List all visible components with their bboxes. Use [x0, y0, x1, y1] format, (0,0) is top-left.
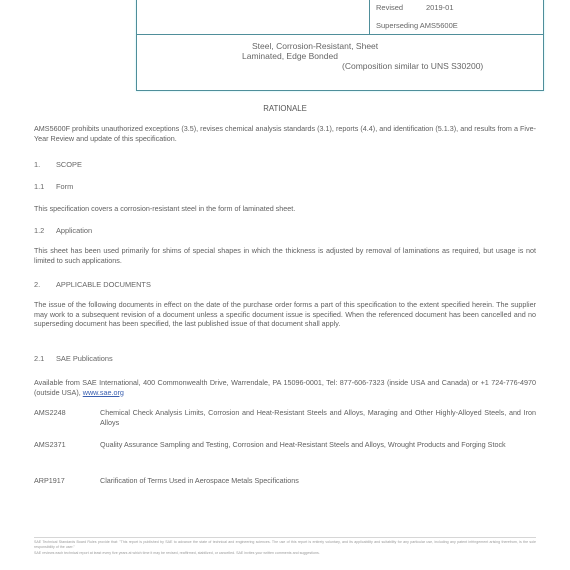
section-applicable-documents-heading: 2.APPLICABLE DOCUMENTS — [34, 280, 151, 289]
section-title: SAE Publications — [56, 354, 113, 363]
section-sae-publications-heading: 2.1SAE Publications — [34, 354, 113, 363]
section-title: APPLICABLE DOCUMENTS — [56, 280, 151, 289]
title-line-2: Laminated, Edge Bonded — [242, 51, 338, 62]
footer-text-1: SAE Technical Standards Board Rules prov… — [34, 540, 536, 550]
section-number: 2. — [34, 280, 56, 289]
header-top-section: Revised2019-01 Superseding AMS5600E — [137, 0, 543, 35]
superseding-label: Superseding — [376, 21, 418, 30]
revised-row: Revised2019-01 — [376, 3, 454, 12]
section-number: 1. — [34, 160, 56, 169]
rationale-heading: RATIONALE — [0, 104, 570, 113]
document-header-box: Revised2019-01 Superseding AMS5600E Stee… — [136, 0, 544, 91]
sae-publications-text: Available from SAE International, 400 Co… — [34, 378, 536, 397]
revised-label: Revised — [376, 3, 426, 12]
section-application-heading: 1.2Application — [34, 226, 92, 235]
reference-id: AMS2248 — [34, 408, 94, 418]
section-title: SCOPE — [56, 160, 82, 169]
superseding-value: AMS5600E — [420, 21, 458, 30]
section-title: Application — [56, 226, 92, 235]
reference-id: ARP1917 — [34, 476, 94, 486]
reference-description: Clarification of Terms Used in Aerospace… — [100, 476, 536, 486]
revised-value: 2019-01 — [426, 3, 454, 12]
section-scope-heading: 1.SCOPE — [34, 160, 82, 169]
title-line-1: Steel, Corrosion-Resistant, Sheet — [252, 41, 378, 52]
form-text: This specification covers a corrosion-re… — [34, 204, 536, 214]
reference-description: Quality Assurance Sampling and Testing, … — [100, 440, 536, 450]
title-line-3: (Composition similar to UNS S30200) — [342, 61, 483, 72]
section-form-heading: 1.1Form — [34, 182, 73, 191]
footer-text-2: SAE reviews each technical report at lea… — [34, 551, 536, 556]
section-title: Form — [56, 182, 73, 191]
revision-info: Revised2019-01 Superseding AMS5600E — [369, 0, 544, 34]
sae-website-link[interactable]: www.sae.org — [83, 388, 124, 397]
footer-divider — [34, 537, 536, 538]
section-number: 1.1 — [34, 182, 56, 191]
section-number: 1.2 — [34, 226, 56, 235]
section-number: 2.1 — [34, 354, 56, 363]
reference-id: AMS2371 — [34, 440, 94, 450]
applicable-documents-text: The issue of the following documents in … — [34, 300, 536, 329]
reference-description: Chemical Check Analysis Limits, Corrosio… — [100, 408, 536, 427]
rationale-text: AMS5600F prohibits unauthorized exceptio… — [34, 124, 536, 143]
superseding-row: Superseding AMS5600E — [376, 21, 458, 30]
application-text: This sheet has been used primarily for s… — [34, 246, 536, 265]
